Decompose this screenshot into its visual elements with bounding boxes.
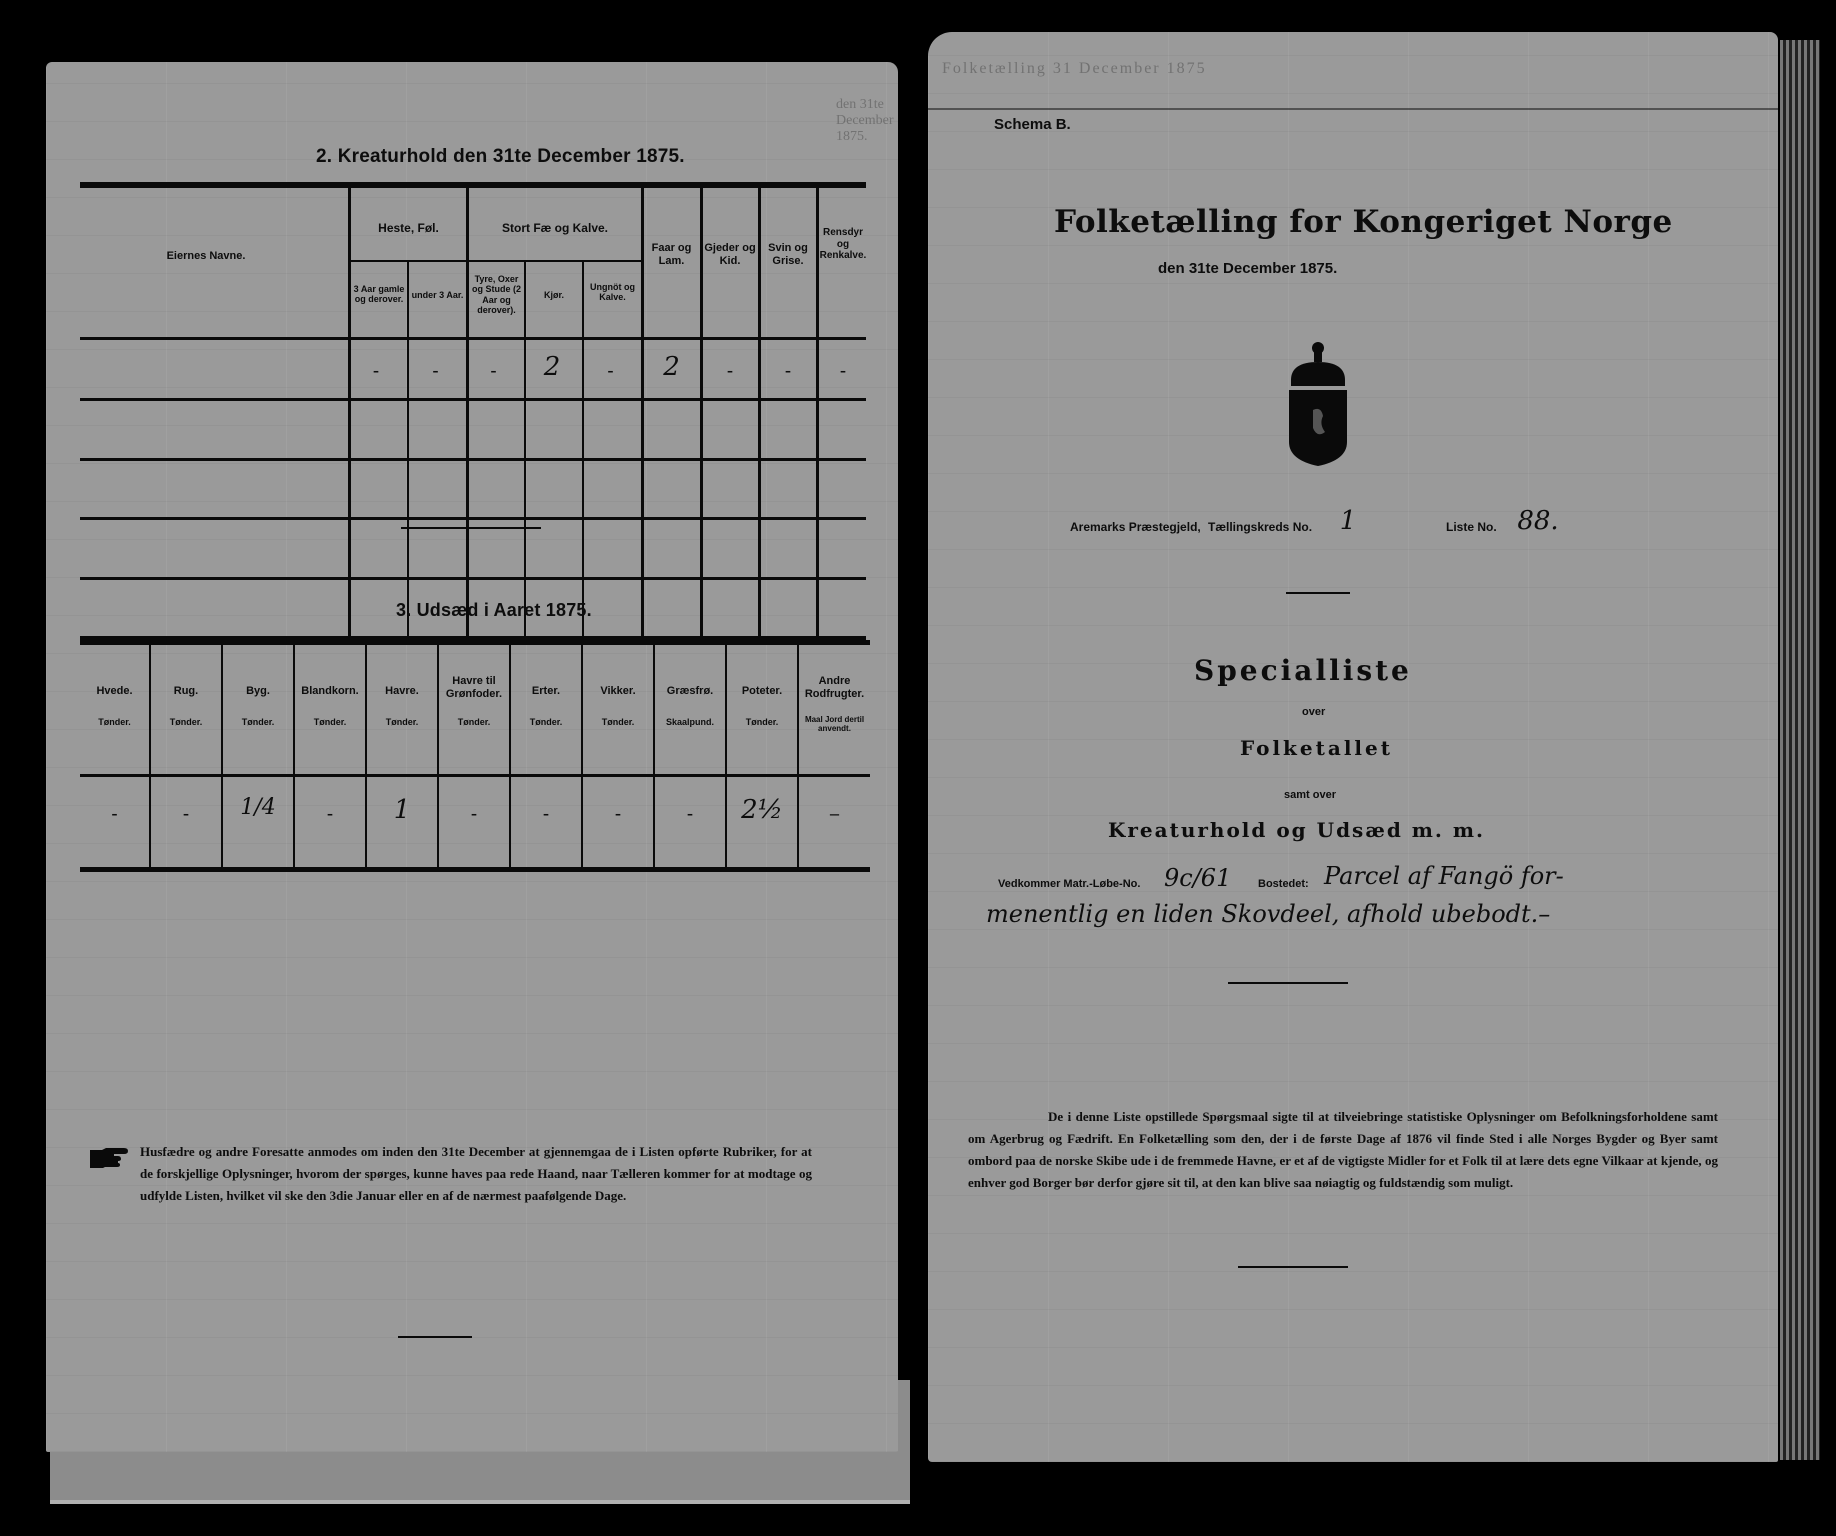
left-page: den 31te December 1875. 2. Kreaturhold d…: [46, 62, 898, 1452]
section-2-title: 2. Kreaturhold den 31te December 1875.: [316, 146, 685, 168]
green-fodder-oats-header: Havre til Grønfoder.: [439, 675, 509, 700]
cell-rye: -: [151, 803, 221, 824]
cell-peas: -: [511, 803, 581, 824]
schema-label: Schema B.: [994, 116, 1071, 133]
col-divider: [348, 188, 351, 640]
right-page: Folketælling 31 December 1875 Schema B. …: [928, 32, 1778, 1462]
instructions-footnote: Husfædre og andre Foresatte anmodes om i…: [140, 1141, 812, 1207]
young-cattle-header: Ungnöt og Kalve.: [584, 282, 641, 303]
barley-unit: Tønder.: [223, 717, 293, 727]
horses-under3-header: under 3 Aar.: [409, 290, 466, 300]
sheep-header: Faar og Lam.: [643, 242, 700, 267]
barley-header: Byg.: [223, 685, 293, 698]
residence-value-line2: menentlig en liden Skovdeel, afhold ubeb…: [986, 900, 1550, 928]
wheat-header: Hvede.: [80, 685, 149, 698]
cell-sheep: 2: [643, 352, 700, 382]
list-number-label: Liste No.: [1446, 520, 1497, 534]
cell-horses-3yr: -: [348, 360, 404, 381]
divider-short: [398, 1336, 472, 1338]
grass-seed-header: Græsfrø.: [655, 685, 725, 698]
cell-green-fodder-oats: -: [439, 803, 509, 824]
cell-bulls: -: [466, 360, 521, 381]
cell-horses-under3: -: [407, 360, 464, 381]
table-row: - - - 2 - 2 - - -: [80, 340, 866, 398]
vetch-header: Vikker.: [583, 685, 653, 698]
parish-label: Aremarks Præstegjeld,: [1070, 520, 1201, 534]
peas-header: Erter.: [511, 685, 581, 698]
census-date: den 31te December 1875.: [1158, 260, 1337, 277]
grass-seed-unit: Skaalpund.: [655, 717, 725, 727]
cell-barley: 1/4: [223, 795, 293, 820]
matr-number-value: 9c/61: [1164, 864, 1231, 892]
row-rule: [80, 458, 866, 461]
cows-header: Kjør.: [526, 290, 582, 300]
special-list-title: Specialliste: [1194, 654, 1412, 687]
cell-pigs: -: [760, 360, 816, 381]
goats-header: Gjeder og Kid.: [702, 242, 758, 267]
right-page-stacked-edges: [1780, 40, 1820, 1460]
cell-wheat: -: [80, 803, 149, 824]
horses-3yr-header: 3 Aar gamle og derover.: [351, 284, 407, 305]
divider-short: [1286, 592, 1350, 594]
schema-rule: [928, 108, 1778, 110]
norway-coat-of-arms-icon: [1283, 340, 1353, 470]
cell-reindeer: -: [818, 360, 868, 381]
horses-group-header: Heste, Føl.: [351, 222, 466, 236]
section-3-title: 3. Udsæd i Aaret 1875.: [396, 600, 592, 621]
bleed-through-header: den 31te December 1875.: [836, 97, 898, 145]
cell-mixed-grain: -: [295, 803, 365, 824]
col-divider: [407, 260, 409, 640]
col-divider: [466, 188, 469, 640]
col-divider: [524, 260, 526, 640]
residence-label: Bostedet:: [1258, 878, 1309, 890]
livestock-seed-label: Kreaturhold og Udsæd m. m.: [1108, 818, 1485, 842]
col-divider: [582, 260, 584, 640]
seed-table: Hvede. Tønder. Rug. Tønder. Byg. Tønder.…: [80, 645, 870, 867]
oats-header: Havre.: [367, 685, 437, 698]
peas-unit: Tønder.: [511, 717, 581, 727]
cell-goats: -: [702, 360, 758, 381]
matr-number-label: Vedkommer Matr.-Løbe-No.: [998, 878, 1140, 890]
cell-young-cattle: -: [582, 360, 639, 381]
seed-table-bottom-rule: [80, 867, 870, 872]
divider-short: [401, 527, 541, 529]
pigs-header: Svin og Grise.: [760, 242, 816, 267]
list-number-value: 88.: [1508, 506, 1568, 536]
potatoes-header: Poteter.: [727, 685, 797, 698]
row-rule: [80, 517, 866, 520]
counting-circuit-label: Tællingskreds No.: [1208, 520, 1312, 534]
intro-paragraph: De i denne Liste opstillede Spørgsmaal s…: [968, 1106, 1718, 1194]
cattle-group-header: Stort Fæ og Kalve.: [469, 222, 641, 236]
vetch-unit: Tønder.: [583, 717, 653, 727]
cell-other-root-crops: –: [799, 803, 870, 824]
green-fodder-oats-unit: Tønder.: [439, 717, 509, 727]
owner-name-header: Eiernes Navne.: [106, 250, 306, 263]
row-rule: [80, 577, 866, 580]
other-root-crops-unit: Maal Jord dertil anvendt.: [799, 715, 870, 733]
cell-oats: 1: [367, 795, 437, 825]
group-subheader-rule: [351, 260, 641, 262]
rye-header: Rug.: [151, 685, 221, 698]
rye-unit: Tønder.: [151, 717, 221, 727]
residence-value-line1: Parcel af Fangö for-: [1324, 862, 1564, 890]
mixed-grain-header: Blandkorn.: [295, 685, 365, 698]
oats-unit: Tønder.: [367, 717, 437, 727]
over-label: over: [1302, 706, 1325, 718]
bulls-oxen-header: Tyre, Oxer og Stude (2 Aar og derover).: [469, 274, 524, 315]
pointing-hand-icon: [88, 1146, 130, 1168]
wheat-unit: Tønder.: [80, 717, 149, 727]
row-rule: [80, 398, 866, 401]
cell-cows: 2: [524, 352, 580, 382]
cell-potatoes: 2½: [727, 795, 797, 825]
population-label: Folketallet: [1240, 736, 1393, 760]
divider-short: [1228, 982, 1348, 984]
potatoes-unit: Tønder.: [727, 717, 797, 727]
bleed-through-header: Folketælling 31 December 1875: [942, 60, 1207, 78]
table-top-rule: [80, 182, 866, 188]
cell-vetch: -: [583, 803, 653, 824]
census-title: Folketælling for Kongeriget Norge: [1054, 204, 1673, 240]
counting-circuit-value: 1: [1333, 506, 1363, 536]
mixed-grain-unit: Tønder.: [295, 717, 365, 727]
cell-grass-seed: -: [655, 803, 725, 824]
samt-over-label: samt over: [1284, 789, 1336, 801]
divider-short: [1238, 1266, 1348, 1268]
reindeer-header: Rensdyr og Renkalve.: [818, 227, 868, 262]
other-root-crops-header: Andre Rodfrugter.: [799, 675, 870, 700]
